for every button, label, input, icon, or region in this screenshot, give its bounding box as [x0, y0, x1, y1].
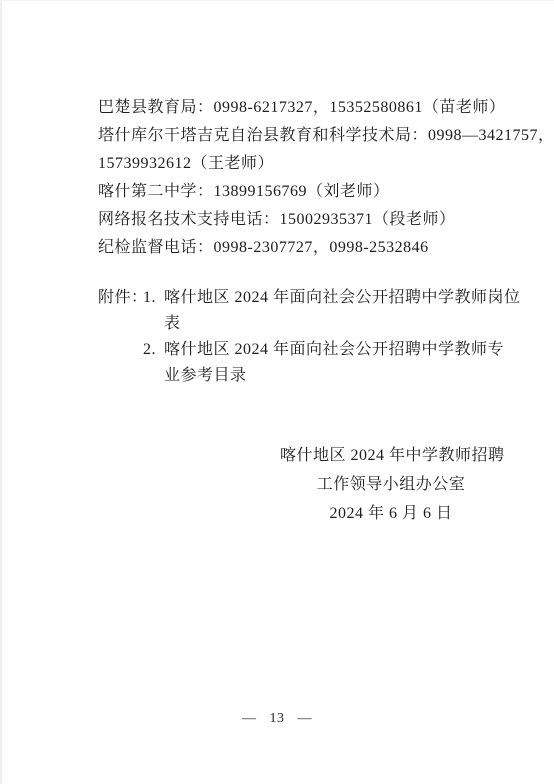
page-number-dash-left: — [242, 711, 257, 727]
page-number: — 13 — [0, 711, 554, 727]
document-page: 巴楚县教育局：0998-6217327，15352580861（苗老师） 塔什库… [0, 0, 554, 784]
page-number-value: 13 [270, 711, 285, 727]
signature-org-line-1: 喀什地区 2024 年中学教师招聘 [280, 441, 502, 470]
attachments-block: 附件： 1. 喀什地区 2024 年面向社会公开招聘中学教师岗位 表 2. 喀什… [98, 285, 498, 389]
contact-line: 15739932612（王老师） [98, 150, 498, 178]
contact-line: 纪检监督电话：0998-2307727，0998-2532846 [98, 234, 498, 262]
document-body: 巴楚县教育局：0998-6217327，15352580861（苗老师） 塔什库… [98, 94, 498, 528]
attachment-item-number: 1. [143, 285, 164, 311]
attachment-item-line: 表 [164, 311, 521, 337]
contact-line: 网络报名技术支持电话：15002935371（段老师） [98, 206, 498, 234]
attachment-item-text: 喀什地区 2024 年面向社会公开招聘中学教师专 业参考目录 [164, 337, 504, 389]
contact-line: 巴楚县教育局：0998-6217327，15352580861（苗老师） [98, 94, 498, 122]
contact-line: 喀什第二中学：13899156769（刘老师） [98, 178, 498, 206]
signature-date: 2024 年 6 月 6 日 [280, 499, 502, 528]
attachment-item-line: 喀什地区 2024 年面向社会公开招聘中学教师专 [164, 337, 504, 363]
contact-line: 塔什库尔干塔吉克自治县教育和科学技术局：0998—3421757， [98, 122, 498, 150]
signature-org-line-2: 工作领导小组办公室 [280, 470, 502, 499]
attachment-item: 1. 喀什地区 2024 年面向社会公开招聘中学教师岗位 表 [143, 285, 521, 337]
attachments-label: 附件： [98, 285, 143, 311]
attachment-item: 2. 喀什地区 2024 年面向社会公开招聘中学教师专 业参考目录 [143, 337, 521, 389]
attachments-list: 1. 喀什地区 2024 年面向社会公开招聘中学教师岗位 表 2. 喀什地区 2… [143, 285, 521, 389]
attachment-item-line: 业参考目录 [164, 363, 504, 389]
attachment-item-text: 喀什地区 2024 年面向社会公开招聘中学教师岗位 表 [164, 285, 521, 337]
attachment-item-number: 2. [143, 337, 164, 363]
page-number-dash-right: — [298, 711, 313, 727]
contact-info-block: 巴楚县教育局：0998-6217327，15352580861（苗老师） 塔什库… [98, 94, 498, 262]
attachment-item-line: 喀什地区 2024 年面向社会公开招聘中学教师岗位 [164, 285, 521, 311]
signature-block: 喀什地区 2024 年中学教师招聘 工作领导小组办公室 2024 年 6 月 6… [280, 441, 502, 528]
